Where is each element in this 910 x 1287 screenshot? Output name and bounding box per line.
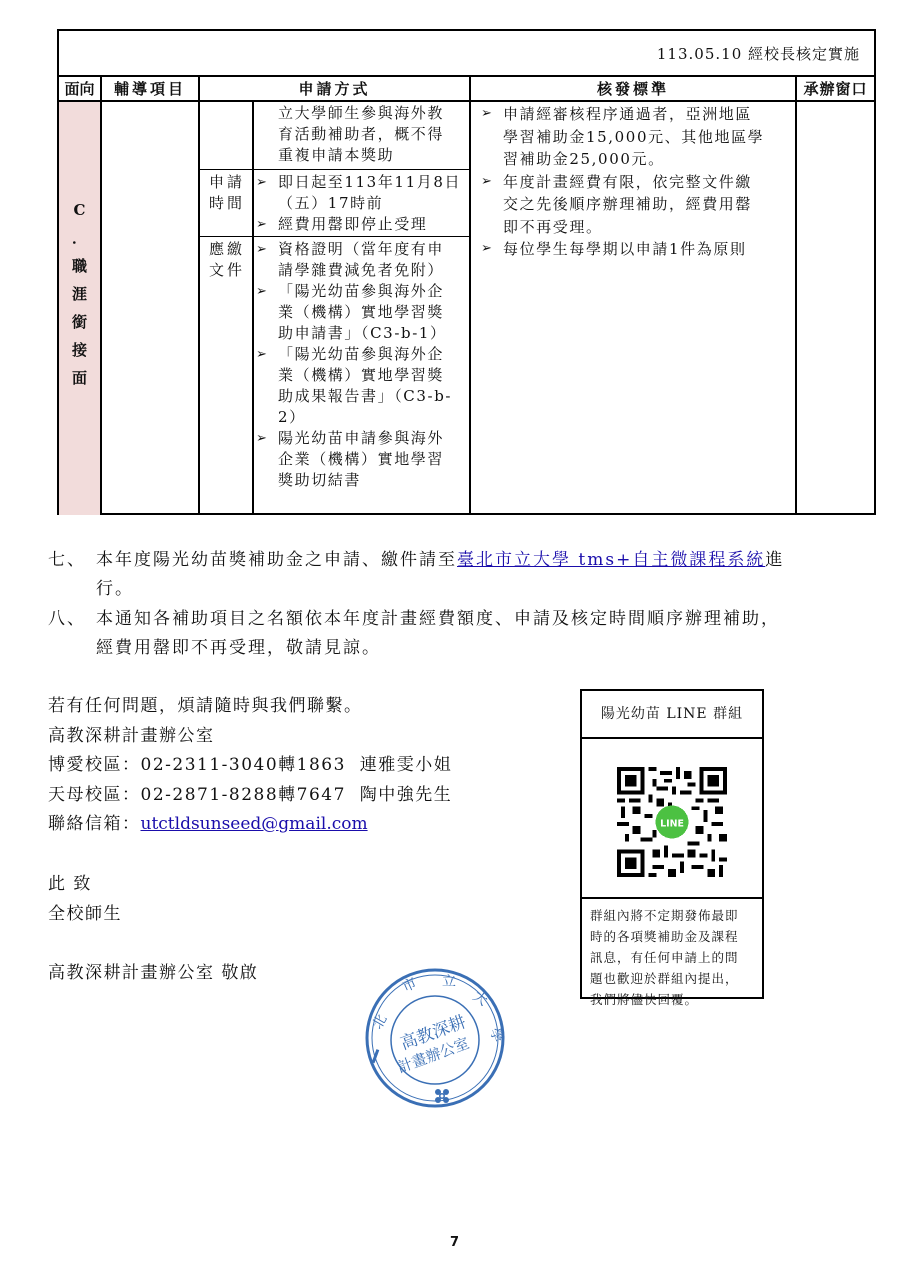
contact-block: 若有任何問題，煩請隨時與我們聯繫。 高教深耕計畫辦公室 博愛校區：02-2311… bbox=[48, 692, 452, 840]
list-item: 「陽光幼苗參與海外企 業（機構）實地學習獎 助成果報告書」（C3-b- 2） bbox=[256, 344, 452, 428]
svg-text:立: 立 bbox=[442, 974, 456, 990]
header-contact-window: 承辦窗口 bbox=[797, 77, 874, 102]
line-logo-icon: LINE bbox=[660, 819, 684, 830]
divider bbox=[200, 169, 469, 170]
tianmu-campus-phone: 天母校區：02-2871-8288轉7647 陶中強先生 bbox=[48, 781, 452, 811]
application-continued-text: 立大學師生參與海外教 育活動補助者，概不得 重複申請本獎助 bbox=[278, 103, 444, 166]
divider bbox=[469, 75, 471, 515]
line-group-box: 陽光幼苗 LINE 群組 LINE 群組內將不定期發佈最即 時的各項獎 bbox=[580, 689, 764, 999]
salutation: 此 致 bbox=[48, 870, 258, 900]
required-documents-label: 應繳 文件 bbox=[202, 239, 252, 281]
office-name: 高教深耕計畫辦公室 bbox=[48, 722, 452, 752]
divider bbox=[252, 102, 254, 515]
header-criteria: 核發標準 bbox=[471, 77, 795, 102]
list-item: 資格證明（當年度有申 請學雜費減免者免附） bbox=[256, 239, 452, 281]
header-facet: 面向 bbox=[59, 77, 100, 102]
office-seal-stamp-icon: 北 市 立 大 學 高教深耕 計畫辦公室 bbox=[360, 960, 510, 1120]
closing-block: 此 致 全校師生 高教深耕計畫辦公室 敬啟 bbox=[48, 870, 258, 988]
list-item: 年度計畫經費有限，依完整文件繳 交之先後順序辦理補助，經費用罄 即不再受理。 bbox=[481, 171, 764, 239]
svg-text:大: 大 bbox=[470, 987, 491, 1009]
boai-campus-phone: 博愛校區：02-2311-3040轉1863 連雅雯小姐 bbox=[48, 751, 452, 781]
list-item: 每位學生每學期以申請1件為原則 bbox=[481, 238, 764, 261]
header-application-method: 申請方式 bbox=[200, 77, 469, 102]
divider bbox=[795, 75, 797, 515]
facet-label: C ． 職 涯 銜 接 面 bbox=[59, 196, 100, 392]
divider bbox=[198, 75, 200, 515]
list-item: 即日起至113年11月8日 （五）17時前 bbox=[256, 172, 461, 214]
line-group-title: 陽光幼苗 LINE 群組 bbox=[582, 691, 762, 739]
recipient: 全校師生 bbox=[48, 900, 258, 930]
email-row: 聯絡信箱：utctldsunseed@gmail.com bbox=[48, 810, 452, 840]
approval-note: 113.05.10 經校長核定實施 bbox=[657, 43, 860, 64]
list-item: 「陽光幼苗參與海外企 業（機構）實地學習獎 助申請書」（C3-b-1） bbox=[256, 281, 452, 344]
qr-code-icon[interactable]: LINE bbox=[616, 767, 728, 877]
divider bbox=[100, 75, 102, 515]
list-item: 申請經審核程序通過者，亞洲地區 學習補助金15,000元、其他地區學 習補助金2… bbox=[481, 103, 764, 171]
divider bbox=[200, 236, 469, 237]
line-group-caption: 群組內將不定期發佈最即 時的各項獎補助金及課程 訊息，有任何申請上的問 題也歡迎… bbox=[582, 897, 762, 1010]
subsidy-table: 113.05.10 經校長核定實施 C ． 職 涯 銜 接 面 面向 輔導項目 … bbox=[57, 29, 876, 515]
header-counseling-item: 輔導項目 bbox=[102, 77, 198, 102]
application-time-label: 申請 時間 bbox=[202, 172, 252, 214]
application-time-items: 即日起至113年11月8日 （五）17時前 經費用罄即停止受理 bbox=[256, 172, 461, 235]
list-item: 經費用罄即停止受理 bbox=[256, 214, 461, 235]
signature: 高教深耕計畫辦公室 敬啟 bbox=[48, 959, 258, 989]
list-item: 陽光幼苗申請參與海外 企業（機構）實地學習 獎助切結書 bbox=[256, 428, 452, 491]
page-number: 7 bbox=[450, 1235, 459, 1250]
tms-course-system-link[interactable]: 臺北市立大學 tms+自主微課程系統 bbox=[457, 550, 765, 570]
paragraph-8: 八、本通知各補助項目之名額依本年度計畫經費額度、申請及核定時間順序辦理補助， 經… bbox=[48, 605, 780, 663]
required-documents-items: 資格證明（當年度有申 請學雜費減免者免附） 「陽光幼苗參與海外企 業（機構）實地… bbox=[256, 239, 452, 491]
criteria-list: 申請經審核程序通過者，亞洲地區 學習補助金15,000元、其他地區學 習補助金2… bbox=[481, 103, 764, 261]
email-link[interactable]: utctldsunseed@gmail.com bbox=[141, 814, 368, 834]
paragraph-7: 七、本年度陽光幼苗獎補助金之申請、繳件請至臺北市立大學 tms+自主微課程系統進… bbox=[48, 546, 784, 604]
contact-intro: 若有任何問題，煩請隨時與我們聯繫。 bbox=[48, 692, 452, 722]
